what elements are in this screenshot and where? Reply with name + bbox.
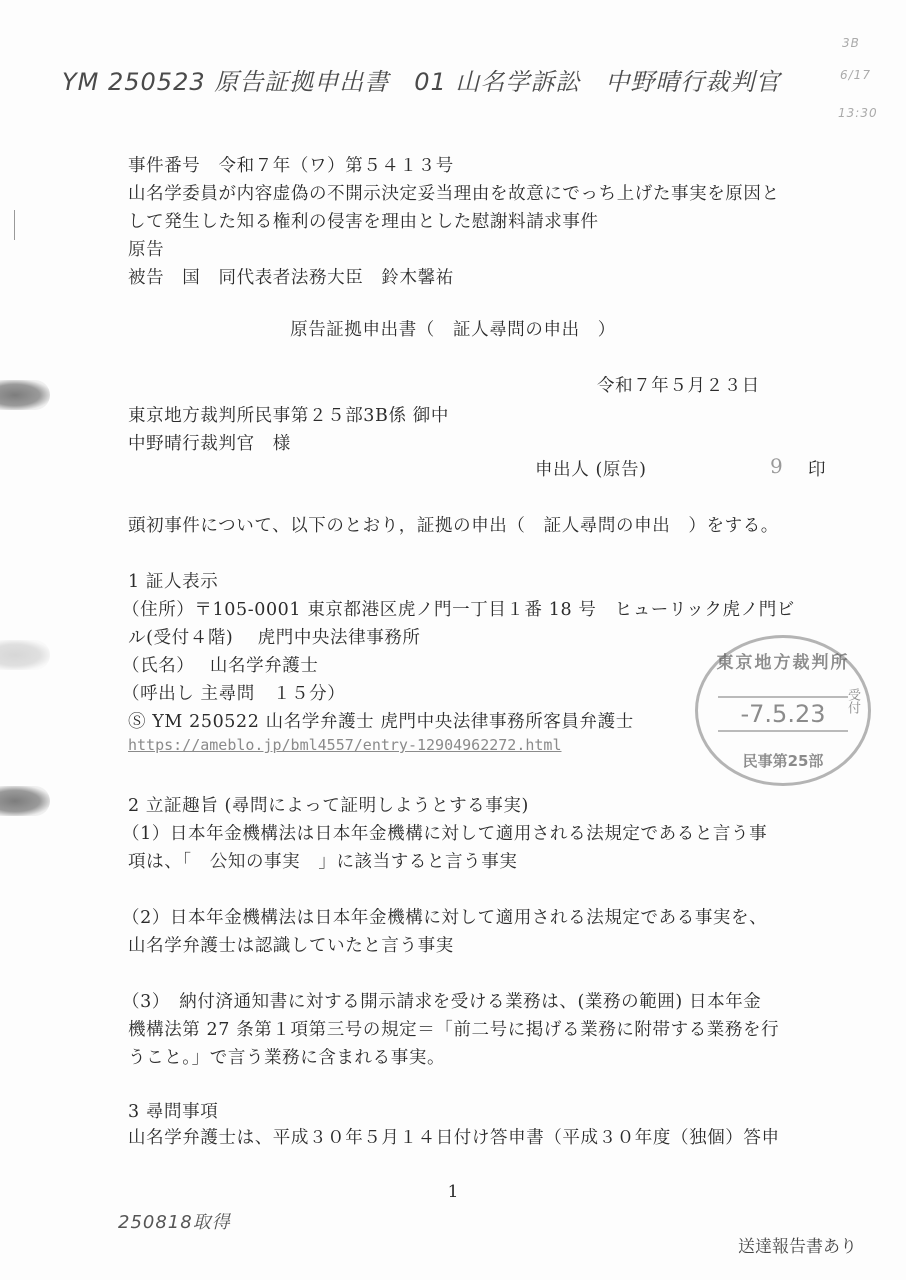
intro-text: 頭初事件について、以下のとおり，証拠の申出（ 証人尋問の申出 ）をする。: [128, 512, 779, 537]
stamp-side-label: 受付: [843, 688, 862, 714]
section2-heading: 2 立証趣旨 (尋問によって証明しようとする事実): [128, 792, 529, 817]
stamp-court-name: 東京地方裁判所: [698, 648, 868, 673]
section2-item3-line1: （3） 納付済通知書に対する開示請求を受ける業務は、(業務の範囲) 日本年金: [122, 988, 761, 1013]
section2-item1-line2: 項は、「 公知の事実 」に該当すると言う事実: [128, 848, 517, 873]
punch-hole-shadow: [0, 786, 50, 816]
margin-tick-mark: [14, 210, 15, 240]
section2-item3-line3: うこと。」で言う業務に含まれる事実。: [128, 1044, 445, 1069]
section3-line1: 山名学弁護士は、平成３０年５月１４日付け答申書（平成３０年度（独個）答申: [128, 1124, 780, 1149]
witness-reference: Ⓢ YM 250522 山名学弁護士 虎門中央法律事務所客員弁護士: [128, 708, 634, 733]
service-report-note: 送達報告書あり: [738, 1232, 857, 1257]
applicant-label: 申出人 (原告): [535, 456, 647, 481]
margin-note-2: 6/17: [840, 68, 871, 82]
witness-address-line1: （住所）〒105-0001 東京都港区虎ノ門一丁目１番 18 号 ヒューリック虎…: [122, 596, 795, 621]
stamp-division: 民事第25部: [698, 750, 868, 771]
punch-hole-shadow: [0, 640, 50, 670]
margin-note-3: 13:30: [838, 106, 878, 120]
witness-name: （氏名） 山名学弁護士: [122, 652, 319, 677]
witness-address-line2: ル(受付４階) 虎門中央法律事務所: [128, 624, 421, 649]
section1-heading: 1 証人表示: [128, 568, 218, 593]
document-date: 令和７年５月２３日: [597, 372, 760, 397]
seal-label: 印: [808, 456, 826, 481]
case-number: 事件番号 令和７年（ワ）第５４１３号: [128, 152, 454, 177]
section2-item3-line2: 機構法第 27 条第１項第三号の規定＝「前二号に掲げる業務に附帯する業務を行: [128, 1016, 779, 1041]
stamp-date: -7.5.23: [718, 696, 848, 732]
margin-note-1: 3B: [842, 36, 860, 50]
section3-heading: 3 尋問事項: [128, 1098, 218, 1123]
addressee-court: 東京地方裁判所民事第２５部3B係 御中: [128, 402, 449, 427]
defendant-label: 被告 国 同代表者法務大臣 鈴木馨祐: [128, 264, 454, 289]
witness-summons: （呼出し 主尋問 １５分）: [122, 680, 345, 705]
applicant-mark: 9: [770, 454, 783, 478]
section2-item2-line1: （2）日本年金機構法は日本年金機構に対して適用される法規定である事実を、: [122, 904, 767, 929]
section2-item1-line1: （1）日本年金機構法は日本年金機構に対して適用される法規定であると言う事: [122, 820, 767, 845]
reference-link[interactable]: https://ameblo.jp/bml4557/entry-12904962…: [128, 736, 561, 754]
handwritten-acquired-date: 250818取得: [118, 1208, 231, 1234]
case-title-line2: して発生した知る権利の侵害を理由とした慰謝料請求事件: [128, 208, 599, 233]
plaintiff-label: 原告: [128, 236, 164, 261]
document-title: 原告証拠申出書（ 証人尋問の申出 ）: [0, 316, 906, 341]
document-page: YM 250523 原告証拠申出書 01 山名学訴訟 中野晴行裁判官 3B 6/…: [0, 0, 906, 1280]
handwritten-header: YM 250523 原告証拠申出書 01 山名学訴訟 中野晴行裁判官: [62, 62, 780, 97]
case-title-line1: 山名学委員が内容虚偽の不開示決定妥当理由を故意にでっち上げた事実を原因と: [128, 180, 780, 205]
punch-hole-shadow: [0, 380, 50, 410]
section2-item2-line2: 山名学弁護士は認識していたと言う事実: [128, 932, 454, 957]
page-number: 1: [0, 1182, 906, 1202]
addressee-judge: 中野晴行裁判官 様: [128, 430, 291, 455]
court-received-stamp: 東京地方裁判所 -7.5.23 受付 民事第25部: [695, 635, 871, 786]
